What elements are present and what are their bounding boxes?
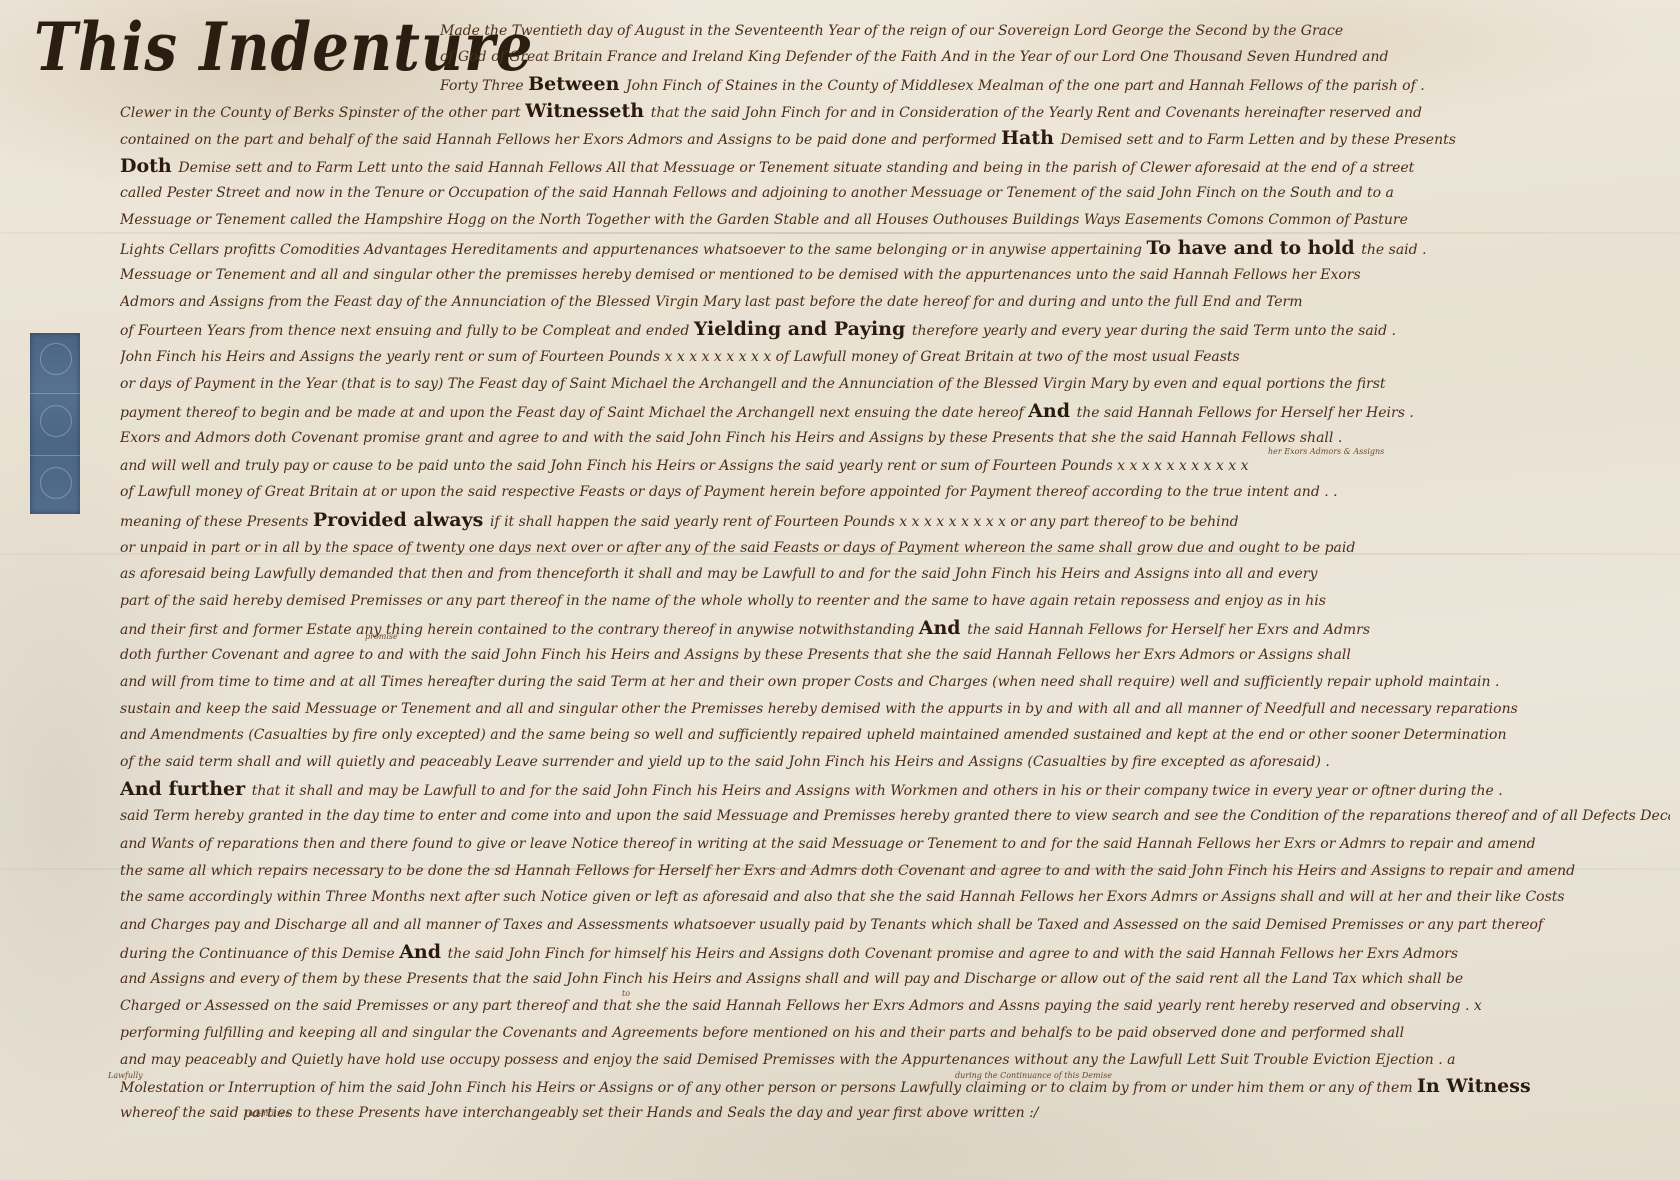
document-line: of Lawfull money of Great Britain at or … [120,481,1670,503]
document-line: the same all which repairs necessary to … [120,860,1670,882]
line-text: Fourteen Pounds x x x x x x x x x of Law… [540,349,1240,365]
document-line: contained on the part and behalf of the … [120,127,1670,151]
engrossed-heading: And [1028,400,1076,422]
engrossed-heading: Between [528,73,626,95]
line-text: Charged or Assessed on the said Premisse… [120,998,1482,1014]
document-line: Doth Demise sett and to Farm Lett unto t… [120,155,1670,179]
document-line: of God of Great Britain France and Irela… [440,46,1670,68]
document-line: or unpaid in part or in all by the space… [120,537,1670,559]
document-line: and Wants of reparations then and there … [120,833,1670,855]
document-line: and will well and truly pay or cause to … [120,455,1670,477]
interlineation: Indentures [245,1109,289,1118]
line-text: payment thereof to begin and be made at … [120,405,1028,421]
line-text: and will well and truly pay or cause to … [120,458,992,474]
line-text: and may peaceably and Quietly have hold … [120,1052,1455,1068]
line-text: Fourteen Pounds x x x x x x x x x x x [992,458,1248,474]
document-line: of the said term shall and will quietly … [120,751,1670,773]
line-text: of Fourteen Years from thence next ensui… [120,323,694,339]
document-line: And further that it shall and may be Law… [120,778,1670,802]
line-text: Made the Twentieth day of August in the … [440,23,1343,39]
line-text: and their first and former Estate any th… [120,622,919,638]
document-line: or days of Payment in the Year (that is … [120,373,1670,395]
line-text: and Charges pay and Discharge all and al… [120,917,1543,933]
document-line: Messuage or Tenement called the Hampshir… [120,209,1670,231]
interlineation: promise [365,632,398,641]
document-line: Lights Cellars profitts Comodities Advan… [120,237,1670,261]
line-text: Molestation or Interruption of him the s… [120,1080,1417,1096]
line-text: and Assigns and every of them by these P… [120,971,1463,987]
line-text: Messuage or Tenement called the Hampshir… [120,212,1408,228]
line-text: called Pester Street and now in the Tenu… [120,185,1394,201]
document-line: Clewer in the County of Berks Spinster o… [120,100,1670,124]
line-text: Demised sett and to Farm Letten and by t… [1061,132,1456,148]
document-line: the same accordingly within Three Months… [120,886,1670,908]
line-text: as aforesaid being Lawfully demanded tha… [120,566,1317,582]
engrossed-heading: Yielding and Paying [694,318,912,340]
document-line: performing fulfilling and keeping all an… [120,1022,1670,1044]
interlineation: to [622,989,630,998]
document-line: Made the Twentieth day of August in the … [440,20,1670,42]
line-text: during the Continuance of this Demise [120,946,399,962]
line-text: that the said John Finch for and in Cons… [651,105,1422,121]
document-line: payment thereof to begin and be made at … [120,400,1670,424]
document-line: John Finch his Heirs and Assigns the yea… [120,346,1670,368]
engrossed-heading: Witnesseth [525,100,651,122]
line-text: the same all which repairs necessary to … [120,863,1575,879]
document-line: and will from time to time and at all Ti… [120,671,1670,693]
line-text: sustain and keep the said Messuage or Te… [120,701,1518,717]
line-text: said Term hereby granted in the day time… [120,808,1670,824]
line-text: Demise sett and to Farm Lett unto the sa… [178,160,1414,176]
document-line: and Charges pay and Discharge all and al… [120,914,1670,936]
engrossed-heading: Provided always [313,509,490,531]
document-line: sustain and keep the said Messuage or Te… [120,698,1670,720]
line-text: meaning of these Presents [120,514,313,530]
document-line: meaning of these Presents Provided alway… [120,509,1670,533]
line-text: the said . [1361,242,1426,258]
line-text: John Finch his Heirs and Assigns the yea… [120,349,540,365]
line-text: Messuage or Tenement and all and singula… [120,267,1361,283]
engrossed-heading: Doth [120,155,178,177]
document-line: whereof the said parties to these Presen… [120,1102,1670,1124]
document-line: and Assigns and every of them by these P… [120,968,1670,990]
line-text: or unpaid in part or in all by the space… [120,540,1355,556]
line-text: Exors and Admors doth Covenant promise g… [120,430,1342,446]
line-text: the said Hannah Fellows for Herself her … [1077,405,1414,421]
document-line: Molestation or Interruption of him the s… [120,1075,1670,1099]
line-text: of Lawfull money of Great Britain at or … [120,484,1338,500]
line-text: if it shall happen the said yearly rent … [490,514,1239,530]
document-line: and Amendments (Casualties by fire only … [120,724,1670,746]
interlineation: during the Continuance of this Demise [955,1071,1112,1080]
line-text: John Finch of Staines in the County of M… [626,78,1425,94]
line-text: and Amendments (Casualties by fire only … [120,727,1506,743]
document-line: said Term hereby granted in the day time… [120,805,1670,827]
line-text: performing fulfilling and keeping all an… [120,1025,1404,1041]
document-line: called Pester Street and now in the Tenu… [120,182,1670,204]
document-line: during the Continuance of this Demise An… [120,941,1670,965]
engrossed-heading: And [919,617,967,639]
line-text: Forty Three [440,78,528,94]
document-line: Charged or Assessed on the said Premisse… [120,995,1670,1017]
document-line: Messuage or Tenement and all and singula… [120,264,1670,286]
line-text: or days of Payment in the Year (that is … [120,376,1386,392]
document-line: Exors and Admors doth Covenant promise g… [120,427,1670,449]
line-text: Lights Cellars profitts Comodities Advan… [120,242,1146,258]
document-line: doth further Covenant and agree to and w… [120,644,1670,666]
document-line: and may peaceably and Quietly have hold … [120,1049,1670,1071]
line-text: and Wants of reparations then and there … [120,836,1536,852]
line-text: doth further Covenant and agree to and w… [120,647,1351,663]
line-text: the same accordingly within Three Months… [120,889,1565,905]
engrossed-heading: To have and to hold [1146,237,1361,259]
document-line: as aforesaid being Lawfully demanded tha… [120,563,1670,585]
line-text: the said Hannah Fellows for Herself her … [967,622,1370,638]
line-text: that it shall and may be Lawfull to and … [252,783,1503,799]
interlineation: Lawfully [108,1071,143,1080]
line-text: of the said term shall and will quietly … [120,754,1330,770]
document-line: of Fourteen Years from thence next ensui… [120,318,1670,342]
engrossed-heading: And further [120,778,252,800]
document-line: and their first and former Estate any th… [120,617,1670,641]
line-text: of God of Great Britain France and Irela… [440,49,1388,65]
document-line: part of the said hereby demised Premisse… [120,590,1670,612]
interlineation: her Exors Admors & Assigns [1268,447,1384,456]
document-line: Admors and Assigns from the Feast day of… [120,291,1670,313]
line-text: and will from time to time and at all Ti… [120,674,1499,690]
engrossed-heading: In Witness [1417,1075,1531,1097]
line-text: Admors and Assigns from the Feast day of… [120,294,1303,310]
engrossed-heading: And [399,941,447,963]
engrossed-heading: Hath [1001,127,1060,149]
line-text: part of the said hereby demised Premisse… [120,593,1326,609]
line-text: Clewer in the County of Berks Spinster o… [120,105,525,121]
line-text: the said John Finch for himself his Heir… [448,946,1458,962]
line-text: contained on the part and behalf of the … [120,132,1001,148]
document-line: Forty Three Between John Finch of Staine… [440,73,1670,97]
line-text: therefore yearly and every year during t… [912,323,1396,339]
indenture-body: Made the Twentieth day of August in the … [0,0,1680,1180]
